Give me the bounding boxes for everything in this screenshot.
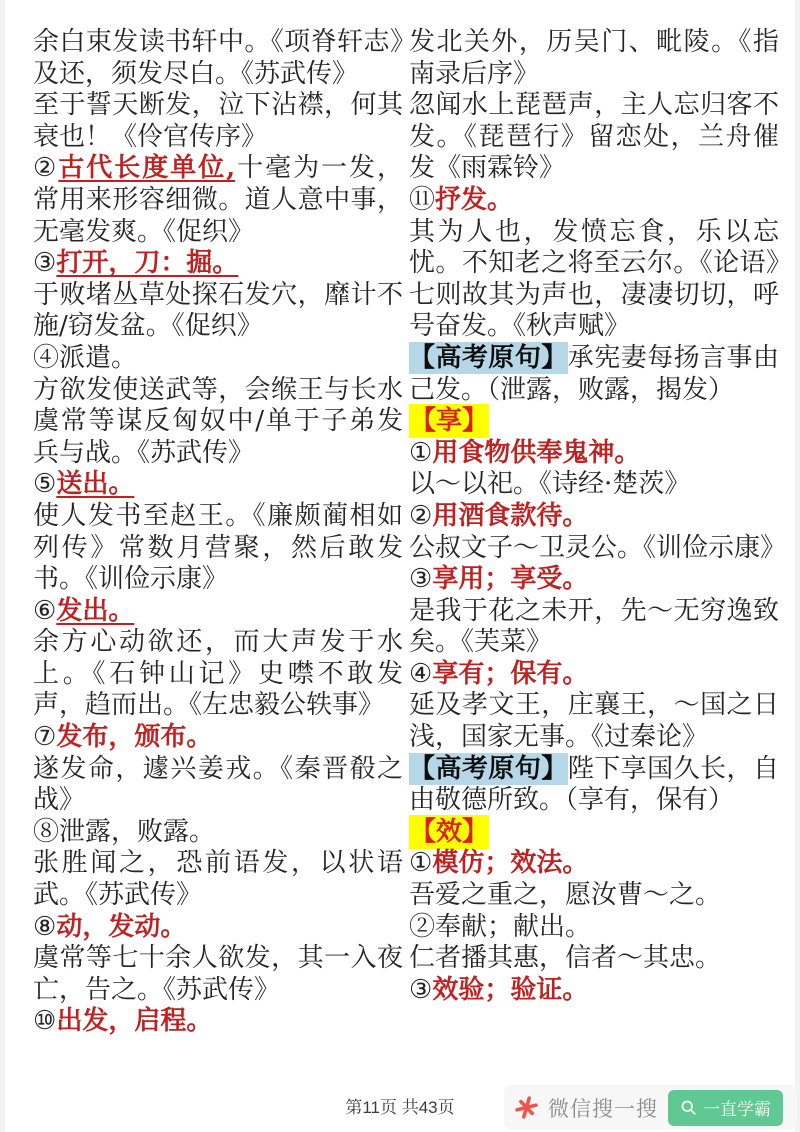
item-number: ③ [409,975,432,1005]
text-segment: 至于誓天断发，泣下沾襟，何其衰也！《伶官传序》 [33,90,403,152]
item-number: ⑥ [33,596,56,626]
text-segment: 遂发命，遽兴姜戎。《秦晋殽之战》 [33,754,403,816]
text-block: 余方心动欲还，而大声发于水上。《石钟山记》史噤不敢发声，趋而出。《左忠毅公轶事》 [33,627,403,722]
wechat-search-brand: 微信搜一搜 一直学霸 [504,1085,797,1130]
definition-red: 发布，颁布。 [56,722,212,752]
text-segment: 使人发书至赵王。《廉颇蔺相如列传》常数月营聚，然后敢发书。《训俭示康》 [33,501,403,594]
text-block: 于败堵丛草处探石发穴，靡计不施/窃发盆。《促织》 [33,280,403,343]
text-block: ①模仿；效法。 [409,848,779,880]
text-block: 【效】 [409,817,779,849]
text-block: 发北关外，历吴门、毗陵。《指南录后序》 [409,27,779,90]
text-segment: ⑧泄露，败露。 [33,817,215,847]
account-name: 一直学霸 [703,1095,771,1120]
text-block: 是我于花之未开，先～无穷逸致矣。《芙菜》 [409,596,779,659]
page-number: 第11页 共43页 [345,1093,454,1118]
text-block: 延及孝文王，庄襄王，～国之日浅，国家无事。《过秦论》 [409,690,779,753]
text-block: ②奉献；献出。 [409,912,779,944]
definition-red: 效验；验证。 [432,975,588,1005]
text-segment: 张胜闻之，恐前语发，以状语武。《苏武传》 [33,848,403,910]
text-segment: 于败堵丛草处探石发穴，靡计不施/窃发盆。《促织》 [33,280,403,342]
text-block: 虞常等七十余人欲发，其一入夜亡，告之。《苏武传》 [33,943,403,1006]
item-number: ⑧ [33,912,56,942]
text-block: 仁者播其惠，信者～其忠。 [409,943,779,975]
item-number: ② [409,501,432,531]
definition-red: 用酒食款待。 [432,501,588,531]
text-block: 张胜闻之，恐前语发，以状语武。《苏武传》 [33,848,403,911]
document-page: { "styles": { "red": "#bf2120", "red_bri… [0,0,800,1132]
definition-underlined: 送出。 [56,469,134,499]
text-segment: ②奉献；献出。 [409,912,591,942]
definition-underlined: 发出。 [56,596,134,626]
item-number: ⑤ [33,469,56,499]
text-segment: 虞常等七十余人欲发，其一入夜亡，告之。《苏武传》 [33,943,403,1005]
text-block: 以～以祀。《诗经·楚茨》 [409,469,779,501]
text-block: ②用酒食款待。 [409,501,779,533]
text-block: ③打开，刀：掘。 [33,248,403,280]
text-segment: 余方心动欲还，而大声发于水上。《石钟山记》史噤不敢发声，趋而出。《左忠毅公轶事》 [33,627,403,720]
text-segment: 方欲发使送武等，会缑王与长水虞常等谋反匈奴中/单于子弟发兵与战。《苏武传》 [33,375,403,468]
text-column-right: 发北关外，历吴门、毗陵。《指南录后序》忽闻水上琵琶声，主人忘归客不发。《琵琶行》… [409,27,779,1038]
exam-sentence-label: 【高考原句】 [409,753,568,785]
text-block: ④派遣。 [33,343,403,375]
page-footer: 第11页 共43页 微信搜一搜 一直学霸 [0,1082,800,1132]
text-block: 【享】 [409,406,779,438]
exam-sentence-label: 【高考原句】 [409,342,568,374]
text-segment: 延及孝文王，庄襄王，～国之日浅，国家无事。《过秦论》 [409,690,779,752]
keyword-entry-highlight: 【效】 [409,815,489,849]
definition-underlined: 古代长度单位, [58,153,235,183]
definition-red: 享用；享受。 [432,564,588,594]
item-number: ① [409,438,432,468]
text-block: 【高考原句】承宪妻每扬言事由己发。（泄露，败露，揭发） [409,343,779,406]
text-block: 余白束发读书轩中。《项脊轩志》及还，须发尽白。《苏武传》 [33,27,403,90]
wechat-search-label: 微信搜一搜 [548,1093,658,1123]
definition-red: 模仿；效法。 [432,848,588,878]
definition-red: 动，发动。 [56,912,186,942]
account-search-button[interactable]: 一直学霸 [668,1090,783,1126]
text-segment: 仁者播其惠，信者～其忠。 [409,943,721,973]
text-segment: 以～以祀。《诗经·楚茨》 [409,469,690,499]
item-number: ② [33,153,58,183]
text-block: 吾爱之重之，愿汝曹～之。 [409,880,779,912]
keyword-entry-highlight: 【享】 [409,404,489,438]
definition-red: 享有；保有。 [432,659,588,689]
text-block: 遂发命，遽兴姜戎。《秦晋殽之战》 [33,754,403,817]
page-right-margin [795,0,800,1132]
item-number: ⑩ [33,1006,56,1036]
text-column-left: 余白束发读书轩中。《项脊轩志》及还，须发尽白。《苏武传》至于誓天断发，泣下沾襟，… [33,27,403,1038]
text-block: ⑤送出。 [33,469,403,501]
text-block: 至于誓天断发，泣下沾襟，何其衰也！《伶官传序》 [33,90,403,153]
page-left-margin [0,0,5,1132]
definition-underlined: 打开，刀：掘。 [56,248,238,278]
text-block: ⑪抒发。 [409,185,779,217]
text-segment: 余白束发读书轩中。《项脊轩志》及还，须发尽白。《苏武传》 [33,27,403,89]
text-block: ⑥发出。 [33,596,403,628]
item-number: ③ [409,564,432,594]
magnifier-icon [680,1099,697,1116]
item-number: ④ [409,659,432,689]
definition-red: 抒发。 [435,185,513,215]
text-segment: ④派遣。 [33,343,137,373]
wechat-search-icon [514,1095,539,1120]
text-block: ⑦发布，颁布。 [33,722,403,754]
text-block: ③享用；享受。 [409,564,779,596]
item-number: ① [409,848,432,878]
item-number: ⑦ [33,722,56,752]
text-block: 公叔文子～卫灵公。《训俭示康》 [409,533,779,565]
definition-red: 用食物供奉鬼神。 [432,438,640,468]
text-block: ⑧动，发动。 [33,912,403,944]
text-block: ①用食物供奉鬼神。 [409,438,779,470]
text-segment: 其为人也，发愤忘食，乐以忘忧。不知老之将至云尔。《论语》七则故其为声也，凄凄切切… [409,217,779,342]
text-segment: 忽闻水上琵琶声，主人忘归客不发。《琵琶行》留恋处，兰舟催发《雨霖铃》 [409,90,779,183]
text-block: ⑧泄露，败露。 [33,817,403,849]
item-number: ⑪ [409,185,435,215]
text-segment: 公叔文子～卫灵公。《训俭示康》 [409,533,786,563]
text-segment: 是我于花之未开，先～无穷逸致矣。《芙菜》 [409,596,779,658]
text-block: ②古代长度单位,十毫为一发，常用来形容细微。道人意中事，无毫发爽。《促织》 [33,153,403,248]
text-block: ④享有；保有。 [409,659,779,691]
text-block: 方欲发使送武等，会缑王与长水虞常等谋反匈奴中/单于子弟发兵与战。《苏武传》 [33,375,403,470]
text-block: ⑩出发，启程。 [33,1006,403,1038]
text-block: ③效验；验证。 [409,975,779,1007]
text-block: 其为人也，发愤忘食，乐以忘忧。不知老之将至云尔。《论语》七则故其为声也，凄凄切切… [409,217,779,343]
item-number: ③ [33,248,56,278]
text-block: 忽闻水上琵琶声，主人忘归客不发。《琵琶行》留恋处，兰舟催发《雨霖铃》 [409,90,779,185]
text-segment: 发北关外，历吴门、毗陵。《指南录后序》 [409,27,779,89]
text-block: 【高考原句】陛下享国久长，自由敬德所致。（享有，保有） [409,754,779,817]
document-body: 余白束发读书轩中。《项脊轩志》及还，须发尽白。《苏武传》至于誓天断发，泣下沾襟，… [33,27,781,1038]
definition-red: 出发，启程。 [56,1006,212,1036]
text-block: 使人发书至赵王。《廉颇蔺相如列传》常数月营聚，然后敢发书。《训俭示康》 [33,501,403,596]
text-segment: 吾爱之重之，愿汝曹～之。 [409,880,721,910]
